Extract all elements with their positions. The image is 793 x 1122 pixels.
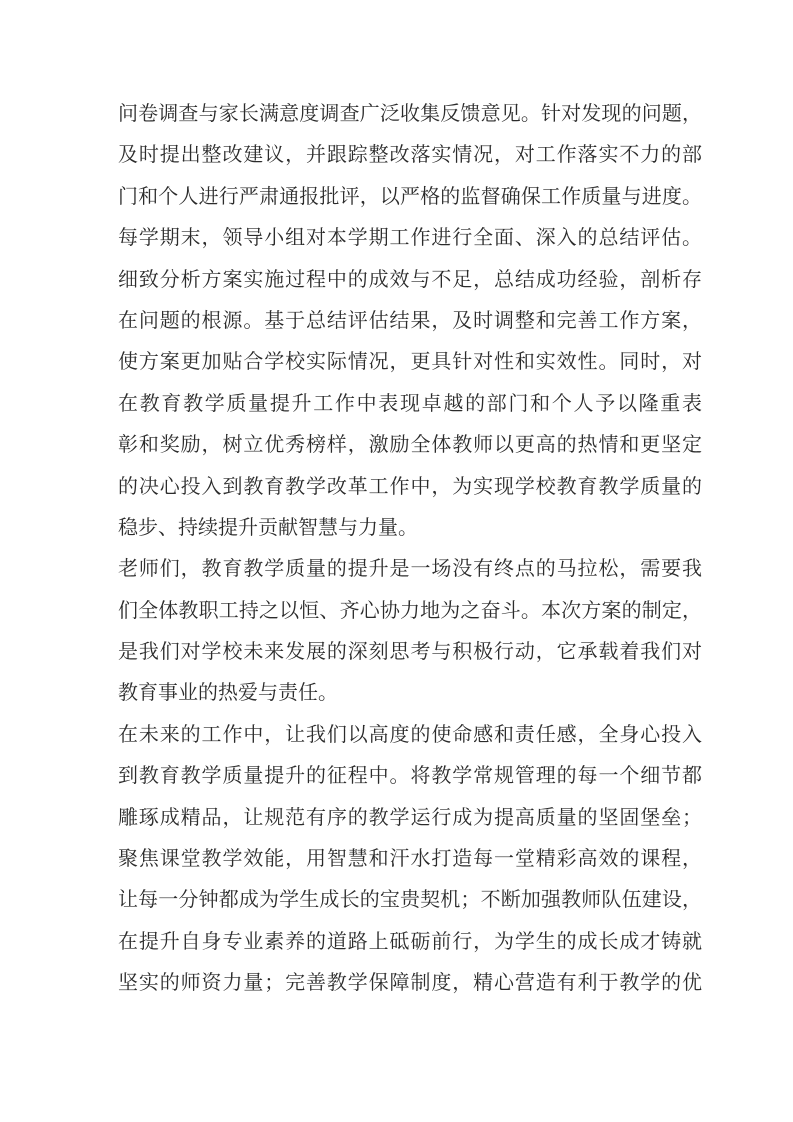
paragraph-future-work: 在未来的工作中，让我们以高度的使命感和责任感，全身心投入 到教育教学质量提升的征…	[118, 715, 702, 1005]
text-line: 让每一分钟都成为学生成长的宝贵契机；不断加强教师队伍建设，	[118, 880, 702, 921]
text-line: 在问题的根源。基于总结评估结果，及时调整和完善工作方案，	[118, 301, 702, 342]
text-line: 的决心投入到教育教学改革工作中，为实现学校教育教学质量的	[118, 467, 702, 508]
text-line: 到教育教学质量提升的征程中。将教学常规管理的每一个细节都	[118, 756, 702, 797]
paragraph-quality-supervision: 问卷调查与家长满意度调查广泛收集反馈意见。针对发现的问题， 及时提出整改建议，并…	[118, 94, 702, 549]
text-line: 们全体教职工持之以恒、齐心协力地为之奋斗。本次方案的制定，	[118, 591, 702, 632]
text-line: 雕琢成精品，让规范有序的教学运行成为提高质量的坚固堡垒；	[118, 798, 702, 839]
text-line: 细致分析方案实施过程中的成效与不足，总结成功经验，剖析存	[118, 260, 702, 301]
text-line: 彰和奖励，树立优秀榜样，激励全体教师以更高的热情和更坚定	[118, 425, 702, 466]
text-line: 稳步、持续提升贡献智慧与力量。	[118, 508, 702, 549]
paragraph-teachers-appeal: 老师们，教育教学质量的提升是一场没有终点的马拉松，需要我 们全体教职工持之以恒、…	[118, 549, 702, 715]
text-line: 门和个人进行严肃通报批评，以严格的监督确保工作质量与进度。	[118, 177, 702, 218]
text-line: 是我们对学校未来发展的深刻思考与积极行动，它承载着我们对	[118, 632, 702, 673]
document-body-text: 问卷调查与家长满意度调查广泛收集反馈意见。针对发现的问题， 及时提出整改建议，并…	[118, 94, 702, 1005]
text-line: 在未来的工作中，让我们以高度的使命感和责任感，全身心投入	[118, 715, 702, 756]
text-line: 问卷调查与家长满意度调查广泛收集反馈意见。针对发现的问题，	[118, 94, 702, 135]
text-line: 老师们，教育教学质量的提升是一场没有终点的马拉松，需要我	[118, 549, 702, 590]
text-line: 及时提出整改建议，并跟踪整改落实情况，对工作落实不力的部	[118, 135, 702, 176]
document-page: 问卷调查与家长满意度调查广泛收集反馈意见。针对发现的问题， 及时提出整改建议，并…	[0, 0, 793, 1122]
text-line: 坚实的师资力量；完善教学保障制度，精心营造有利于教学的优	[118, 963, 702, 1004]
text-line: 教育事业的热爱与责任。	[118, 673, 702, 714]
text-line: 每学期末，领导小组对本学期工作进行全面、深入的总结评估。	[118, 218, 702, 259]
text-line: 使方案更加贴合学校实际情况，更具针对性和实效性。同时，对	[118, 342, 702, 383]
text-line: 在提升自身专业素养的道路上砥砺前行，为学生的成长成才铸就	[118, 922, 702, 963]
text-line: 在教育教学质量提升工作中表现卓越的部门和个人予以隆重表	[118, 384, 702, 425]
text-line: 聚焦课堂教学效能，用智慧和汗水打造每一堂精彩高效的课程，	[118, 839, 702, 880]
